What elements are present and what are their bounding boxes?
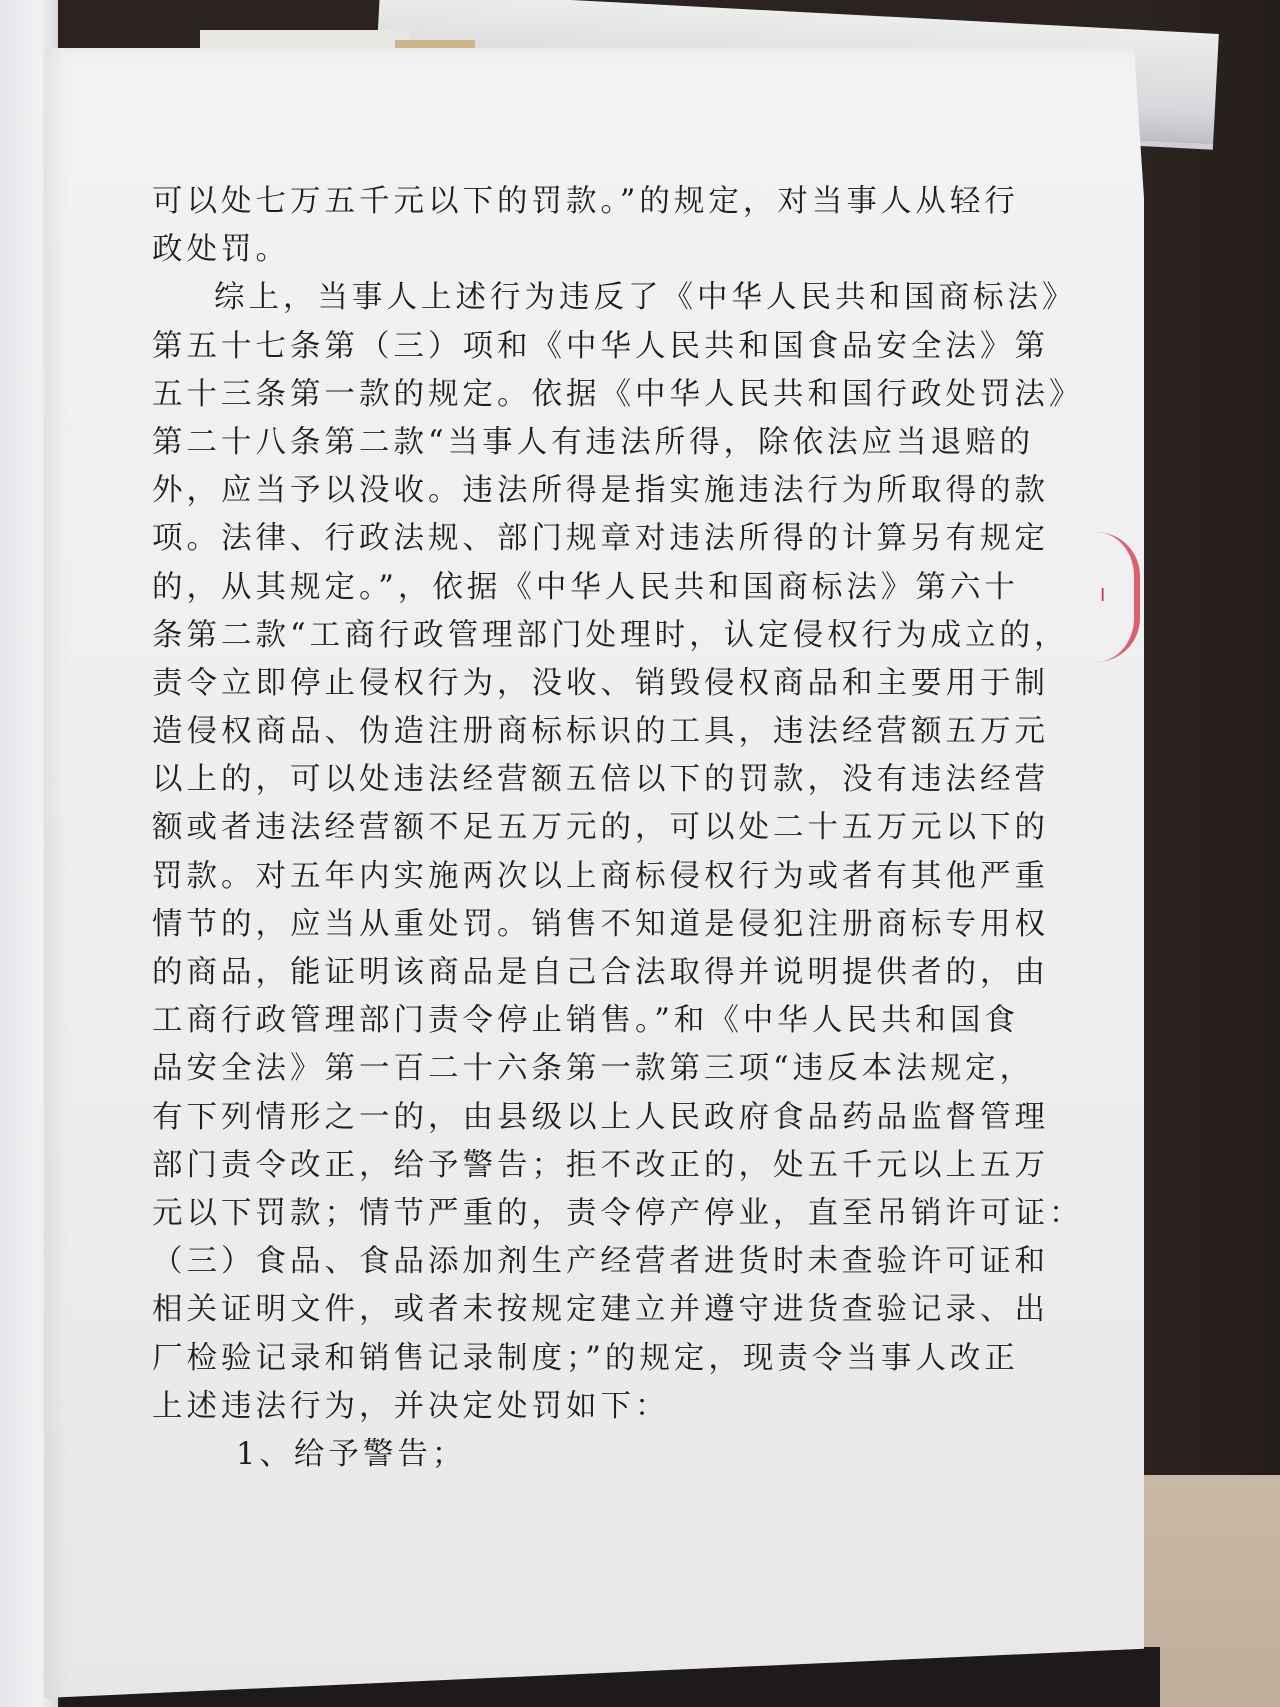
text-line: 的商品，能证明该商品是自己合法取得并说明提供者的，由 xyxy=(152,949,992,997)
text-line: 责令立即停止侵权行为，没收、销毁侵权商品和主要用于制 xyxy=(152,660,992,708)
text-line: 厂检验记录和销售记录制度；”的规定，现责令当事人改正 xyxy=(152,1335,992,1383)
text-line: 工商行政管理部门责令停止销售。”和《中华人民共和国食 xyxy=(152,997,992,1045)
text-line: 的，从其规定。”，依据《中华人民共和国商标法》第六十 xyxy=(152,564,992,612)
text-line: 第五十七条第（三）项和《中华人民共和国食品安全法》第 xyxy=(152,323,992,371)
text-line: 造侵权商品、伪造注册商标标识的工具，违法经营额五万元 xyxy=(152,708,992,756)
seal-glyph: I xyxy=(1100,585,1105,606)
text-line: 项。法律、行政法规、部门规章对违法所得的计算另有规定 xyxy=(152,515,992,563)
text-line: 额或者违法经营额不足五万元的，可以处二十五万元以下的 xyxy=(152,804,992,852)
text-line: 品安全法》第一百二十六条第一款第三项“违反本法规定， xyxy=(152,1045,992,1093)
text-line: 上述违法行为，并决定处罚如下： xyxy=(152,1383,992,1431)
text-line: 五十三条第一款的规定。依据《中华人民共和国行政处罚法》 xyxy=(152,371,992,419)
text-line: 第二十八条第二款“当事人有违法所得，除依法应当退赔的 xyxy=(152,419,992,467)
text-line: 罚款。对五年内实施两次以上商标侵权行为或者有其他严重 xyxy=(152,853,992,901)
penalty-item-1: 1、给予警告； xyxy=(152,1431,992,1479)
text-line: （三）食品、食品添加剂生产经营者进货时未查验许可证和 xyxy=(152,1238,992,1286)
text-line: 政处罚。 xyxy=(152,226,992,274)
text-line: 可以处七万五千元以下的罚款。”的规定，对当事人从轻行 xyxy=(152,178,992,226)
text-line: 条第二款“工商行政管理部门处理时，认定侵权行为成立的， xyxy=(152,612,992,660)
text-line: 以上的，可以处违法经营额五倍以下的罚款，没有违法经营 xyxy=(152,756,992,804)
desk-surface xyxy=(1130,0,1280,1480)
text-line: 外，应当予以没收。违法所得是指实施违法行为所取得的款 xyxy=(152,467,992,515)
text-line: 情节的，应当从重处罚。销售不知道是侵犯注册商标专用权 xyxy=(152,901,992,949)
text-line: 有下列情形之一的，由县级以上人民政府食品药品监督管理 xyxy=(152,1094,992,1142)
paragraph-start-line: 综上，当事人上述行为违反了《中华人民共和国商标法》 xyxy=(152,274,992,322)
text-line: 部门责令改正，给予警告；拒不改正的，处五千元以上五万 xyxy=(152,1142,992,1190)
document-body: 可以处七万五千元以下的罚款。”的规定，对当事人从轻行 政处罚。 综上，当事人上述… xyxy=(152,178,992,1479)
text-line: 元以下罚款；情节严重的，责令停产停业，直至吊销许可证： xyxy=(152,1190,992,1238)
text-line: 相关证明文件，或者未按规定建立并遵守进货查验记录、出 xyxy=(152,1286,992,1334)
